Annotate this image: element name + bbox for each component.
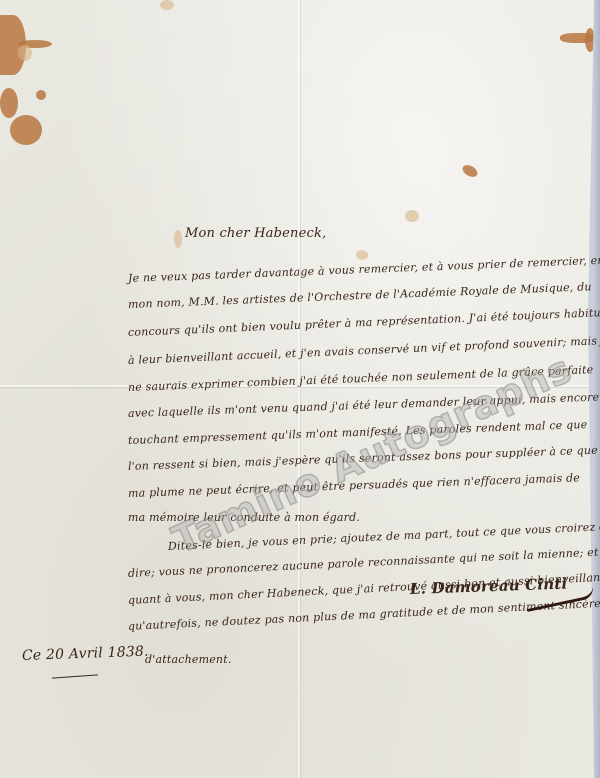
stain-top-left-light xyxy=(18,45,32,61)
stain-faint-3 xyxy=(160,0,174,10)
stain-left-middle xyxy=(0,88,18,118)
stain-dot xyxy=(36,90,46,100)
scan-edge xyxy=(594,0,600,778)
stain-faint-2 xyxy=(356,250,368,260)
letter-salutation: Mon cher Habeneck, xyxy=(185,226,326,241)
stain-faint-4 xyxy=(174,230,182,248)
letter-line: d'attachement. xyxy=(145,653,232,666)
fold-crease-vertical xyxy=(298,0,300,778)
stain-left-lower xyxy=(10,115,42,145)
stain-right xyxy=(461,163,480,180)
stain-faint-1 xyxy=(405,210,419,222)
